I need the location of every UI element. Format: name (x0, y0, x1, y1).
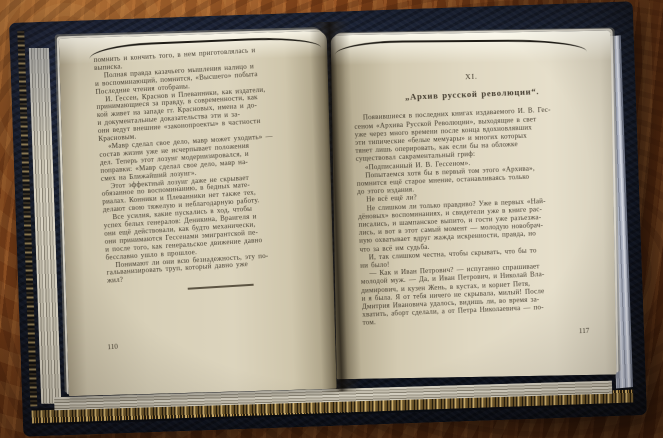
chapter-title: „Архив русской революции“. (353, 85, 591, 103)
book: помнить и кончить того, в нем приготовля… (9, 1, 647, 437)
right-page-number: 117 (579, 327, 590, 335)
left-page-lines: помнить и кончить того, в нем приготовля… (93, 44, 325, 286)
photo-of-open-book-on-wood-table: помнить и кончить того, в нем приготовля… (0, 0, 663, 438)
left-page: помнить и кончить того, в нем приготовля… (59, 31, 337, 396)
open-pages: помнить и кончить того, в нем приготовля… (43, 12, 618, 401)
right-page-top-rule (335, 39, 587, 55)
right-page-text: XI. „Архив русской революции“. Появившие… (352, 68, 600, 327)
left-page-number: 110 (107, 343, 118, 352)
right-page-lines: Появившиеся в последних книгах издаваемо… (354, 104, 601, 327)
chapter-number: XI. (352, 68, 590, 86)
chapter-end-divider (188, 284, 254, 290)
left-page-text: помнить и кончить того, в нем приготовля… (93, 44, 325, 295)
right-page: XI. „Архив русской революции“. Появившие… (331, 30, 617, 379)
